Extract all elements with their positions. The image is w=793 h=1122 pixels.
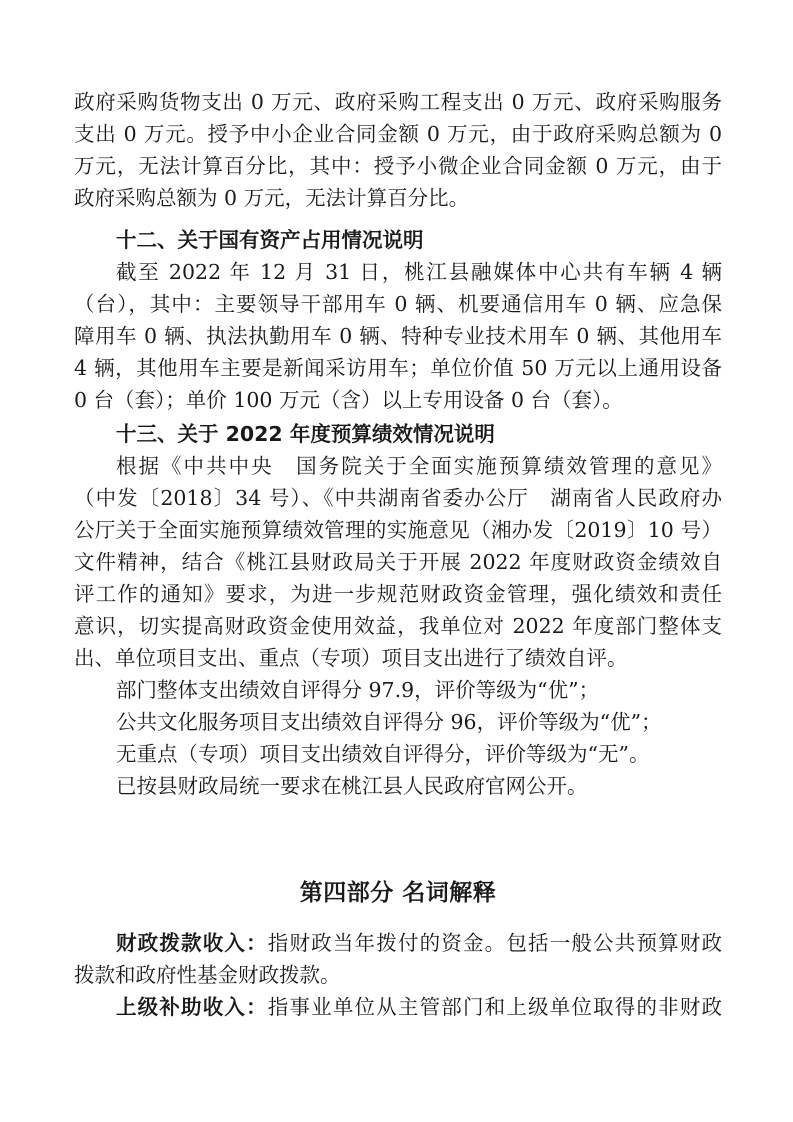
glossary-definition-continued: 拨款和政府性基金财政拨款。 — [74, 959, 722, 991]
part-title: 第四部分 名词解释 — [74, 876, 722, 910]
paragraph-line: 政府采购总额为 0 万元，无法计算百分比。 — [74, 182, 722, 214]
glossary-entry: 财政拨款收入：指财政当年拨付的资金。包括一般公共预算财政 — [116, 927, 722, 959]
paragraph-line: 截至 2022 年 12 月 31 日，桃江县融媒体中心共有车辆 4 辆 — [116, 256, 722, 288]
glossary-term: 财政拨款收入： — [116, 931, 268, 955]
section-heading-12: 十二、关于国有资产占用情况说明 — [116, 224, 722, 256]
paragraph-line: 0 台（套）；单价 100 万元（含）以上专用设备 0 台（套）。 — [74, 384, 722, 416]
paragraph-line: 出、单位项目支出、重点（专项）项目支出进行了绩效自评。 — [74, 642, 722, 674]
glossary-entry: 上级补助收入：指事业单位从主管部门和上级单位取得的非财政 — [116, 991, 722, 1023]
paragraph-line: 4 辆，其他用车主要是新闻采访用车；单位价值 50 万元以上通用设备 — [74, 352, 722, 384]
paragraph-line: 文件精神，结合《桃江县财政局关于开展 2022 年度财政资金绩效自 — [74, 546, 722, 578]
paragraph-line: （台），其中：主要领导干部用车 0 辆、机要通信用车 0 辆、应急保 — [74, 288, 722, 320]
evaluation-result: 无重点（专项）项目支出绩效自评得分，评价等级为“无”。 — [116, 738, 722, 770]
paragraph-line: 意识，切实提高财政资金使用效益，我单位对 2022 年度部门整体支 — [74, 610, 722, 642]
paragraph-line: 公厅关于全面实施预算绩效管理的实施意见（湘办发〔2019〕10 号） — [74, 514, 722, 546]
paragraph-line: 根据《中共中央 国务院关于全面实施预算绩效管理的意见》 — [116, 450, 722, 482]
paragraph-line: （中发〔2018〕34 号）、《中共湖南省委办公厅 湖南省人民政府办 — [74, 482, 722, 514]
paragraph-line: 评工作的通知》要求，为进一步规范财政资金管理，强化绩效和责任 — [74, 578, 722, 610]
section-heading-13: 十三、关于 2022 年度预算绩效情况说明 — [116, 418, 722, 450]
publication-note: 已按县财政局统一要求在桃江县人民政府官网公开。 — [116, 770, 722, 802]
paragraph-line: 政府采购货物支出 0 万元、政府采购工程支出 0 万元、政府采购服务 — [74, 86, 722, 118]
paragraph-line: 万元，无法计算百分比，其中：授予小微企业合同金额 0 万元，由于 — [74, 150, 722, 182]
evaluation-result: 部门整体支出绩效自评得分 97.9，评价等级为“优”； — [116, 674, 722, 706]
glossary-definition: 指财政当年拨付的资金。包括一般公共预算财政 — [268, 931, 722, 955]
paragraph-line: 支出 0 万元。授予中小企业合同金额 0 万元，由于政府采购总额为 0 — [74, 118, 722, 150]
glossary-definition: 指事业单位从主管部门和上级单位取得的非财政 — [268, 995, 722, 1019]
paragraph-line: 障用车 0 辆、执法执勤用车 0 辆、特种专业技术用车 0 辆、其他用车 — [74, 320, 722, 352]
glossary-term: 上级补助收入： — [116, 995, 268, 1019]
evaluation-result: 公共文化服务项目支出绩效自评得分 96，评价等级为“优”； — [116, 706, 722, 738]
